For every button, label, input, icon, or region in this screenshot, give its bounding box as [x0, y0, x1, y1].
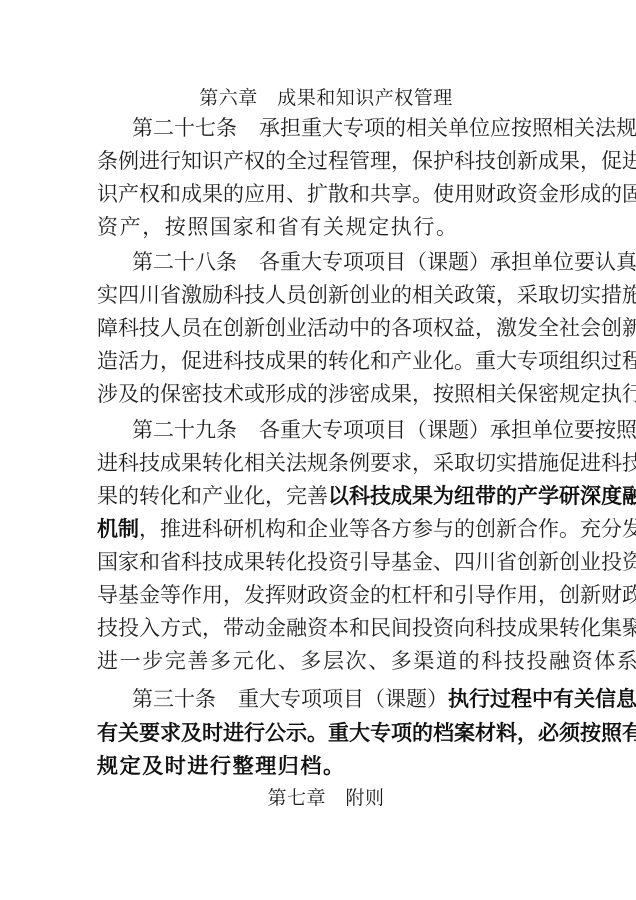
article-30-line-1-normal: 重大专项项目（课题）	[238, 687, 448, 711]
article-30-line-1: 第三十条重大专项项目（课题）执行过程中有关信息按	[132, 686, 555, 712]
article-29-line-4: 机制，推进科研机构和企业等各方参与的创新合作。充分发挥	[97, 516, 555, 542]
article-27-label: 第二十七条	[132, 116, 237, 140]
article-27-line-3: 识产权和成果的应用、扩散和共享。使用财政资金形成的固定	[97, 181, 555, 207]
article-29-text-1: 各重大专项项目（课题）承担单位要按照促	[259, 418, 636, 442]
article-28-line-1: 第二十八条各重大专项项目（课题）承担单位要认真落	[132, 249, 555, 275]
article-30-line-2: 有关要求及时进行公示。重大专项的档案材料，必须按照有关	[97, 720, 555, 746]
article-27-text-1: 承担重大专项的相关单位应按照相关法规	[259, 116, 636, 140]
article-29-line-5: 国家和省科技成果转化投资引导基金、四川省创新创业投资引	[97, 549, 555, 575]
article-29-line-6: 导基金等作用，发挥财政资金的杠杆和引导作用，创新财政科	[97, 582, 555, 608]
article-29-line-3: 果的转化和产业化，完善以科技成果为纽带的产学研深度融合	[97, 483, 555, 509]
article-29-line-1: 第二十九条各重大专项项目（课题）承担单位要按照促	[132, 417, 555, 443]
article-30-line-1-bold: 执行过程中有关信息按	[448, 687, 636, 711]
article-29-line-8: 进一步完善多元化、多层次、多渠道的科技投融资体系。	[97, 648, 555, 674]
article-29-label: 第二十九条	[132, 418, 237, 442]
article-27-line-2: 条例进行知识产权的全过程管理，保护科技创新成果，促进知	[97, 148, 555, 174]
article-30-line-3-bold: 规定及时进行整理归档。	[97, 754, 346, 778]
article-30-line-2-bold: 有关要求及时进行公示。重大专项的档案材料，必须按照有关	[97, 721, 636, 745]
article-27-line-4: 资产，按照国家和省有关规定执行。	[97, 214, 555, 240]
article-28-line-4: 造活力，促进科技成果的转化和产业化。重大专项组织过程中	[97, 348, 555, 374]
article-28-text-1: 各重大专项项目（课题）承担单位要认真落	[259, 250, 636, 274]
article-29-line-3-bold: 以科技成果为纽带的产学研深度融合	[328, 484, 636, 508]
chapter-7-title: 第七章 附则	[0, 783, 636, 810]
article-28-label: 第二十八条	[132, 250, 237, 274]
article-28-line-3: 障科技人员在创新创业活动中的各项权益，激发全社会创新创	[97, 315, 555, 341]
article-29-line-7: 技投入方式，带动金融资本和民间投资向科技成果转化集聚，	[97, 615, 555, 641]
document-page: 第六章 成果和知识产权管理 第二十七条承担重大专项的相关单位应按照相关法规 条例…	[0, 0, 636, 900]
article-29-line-3-normal: 果的转化和产业化，完善	[97, 484, 328, 508]
article-30-line-3: 规定及时进行整理归档。	[97, 753, 555, 779]
chapter-6-title: 第六章 成果和知识产权管理	[0, 83, 636, 110]
article-29-line-4-bold: 机制	[97, 517, 139, 541]
article-28-line-2: 实四川省激励科技人员创新创业的相关政策，采取切实措施保	[97, 282, 555, 308]
article-29-line-2: 进科技成果转化相关法规条例要求，采取切实措施促进科技成	[97, 450, 555, 476]
article-30-label: 第三十条	[132, 687, 216, 711]
article-27-line-1: 第二十七条承担重大专项的相关单位应按照相关法规	[132, 115, 555, 141]
article-29-line-4-normal: ，推进科研机构和企业等各方参与的创新合作。充分发挥	[139, 517, 636, 541]
article-28-line-5: 涉及的保密技术或形成的涉密成果，按照相关保密规定执行。	[97, 381, 555, 407]
